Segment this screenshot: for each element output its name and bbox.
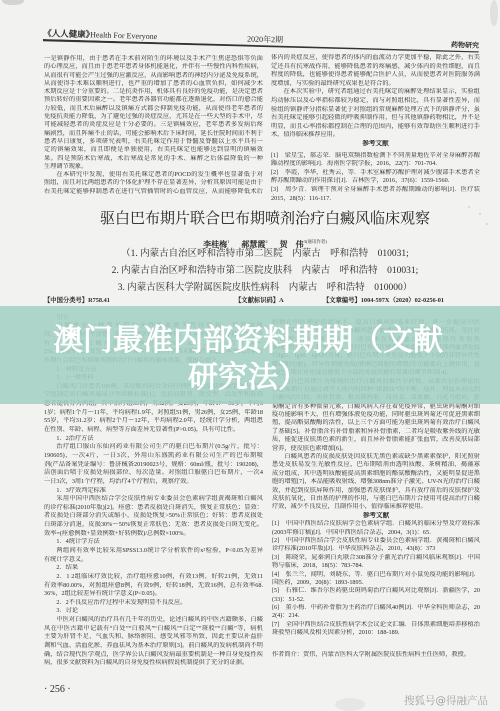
- text-line: 明显，而且心率指标都控制在合理的范围内，能够有效帮助医生顺利进行手: [271, 123, 480, 132]
- reference-line: 物与临床，2018，18(5)：783-784．: [272, 562, 480, 570]
- text-line: 剂(产品备案凭证编号：鲁济械备20190023号，规格：60ml/瓶，批号：19…: [44, 461, 263, 470]
- text-line: 果。四是预防术后寒战，术后寒战是常见的手术、麻醉之后体温降低的一种: [44, 155, 263, 163]
- text-line: 体内的炎症反应，使得患者的体内的血流动力学更加平稳，除此之外，右美托咪: [271, 54, 480, 63]
- text-line: 的诊疗标准(2010年版)[2]。痊愈：患者皮损处白斑消失，恢复正常肤色；显效：…: [44, 504, 263, 513]
- text-line: 照组，而且对比两组患者的个体化护理不存在显著差异，分析其原因可能是由于: [44, 179, 263, 187]
- text-line: 营养，使皮肤色素增加[6]。: [272, 445, 480, 453]
- section-name: 药物研究: [451, 41, 479, 51]
- banner-title-line-1: 澳门最准内部资料期期（文献: [0, 322, 496, 359]
- text-line: 190605)，一次4片，一日3次，外用山东盛凯药业有限公司生产的巴布期喷: [44, 452, 263, 461]
- reference-line: 诊疗标准(2010年版)[J]．中华皮肤科杂志，2010，43(8)：373: [272, 545, 480, 553]
- reference-line: 斑驳型白癜风及相关因素分析，2010：188-189．: [272, 629, 480, 637]
- text-line: 2．1 2组临床疗效比较，治疗组痊愈10例，有效13例，好转21例，无效11例，…: [44, 573, 263, 582]
- text-line: 度增加，与实验的最终研究成果也是符合的。: [271, 80, 480, 89]
- author-affiliation-mark: 2: [265, 239, 267, 244]
- text-line: 程度的降低，也能够使得患者能够配合医护人员，从而使患者对医院服务满意: [271, 71, 480, 80]
- references-heading: 参考文献: [272, 512, 480, 520]
- text-line: 成分组成，其中透明质酸能提高黑素细胞的酪氨酸酶活性，又能明显促进黑素细: [272, 470, 480, 478]
- text-line: 皮肤抗氧化，自由基的护理的作用，与驱白巴布期片合使用可提高治疗白癜风的: [272, 495, 480, 503]
- references-heading: 参考文献: [271, 140, 480, 149]
- text-line: 预后转好的重要因素之一。老年患者各器官功能都在逐渐退化，对伤口的愈合能: [44, 96, 263, 104]
- text-line: 质，能促进皮肤黑色素的新生，而且异补骨脂素能扩张血管，改善皮肤局部的: [272, 436, 480, 444]
- issue-number: 2020年2期: [247, 35, 283, 45]
- source-watermark: 搜狐号@得融产品: [404, 695, 488, 708]
- reference-line: (2003年修订稿)[J]．中国中西医结合杂志，2004，3(1)：65．: [272, 529, 480, 537]
- reference-line: [2] 李霞，李华，杜秀云，等．手术室麻醉苏醒护理对减少腹部手术患者全身麻: [271, 169, 480, 178]
- text-line: 右美托咪定能够引起轻微的呼吸抑制作用，但与其他镇静药物相比，并不是十分: [271, 114, 480, 123]
- overlay-title-banner: 澳门最准内部资料期期（文献 研究法）: [0, 306, 500, 404]
- text-line: 主要为肝肾不足、气血失和、脉络瘀阻、感受风邪等所致，因此主要以补益肝肾、: [44, 633, 263, 642]
- text-line: 白癜风患者的皮损皮肤处因皮肤无黑色素或缺少黑素素保护，阳光照射使: [272, 453, 480, 461]
- text-line: 36%，2组比较差异有统计学意义(P<0.05)。: [44, 590, 263, 599]
- text-line: 的心理反应，而且由于患老年患者身体机能退化，并伴有一些慢性内科性疾病，: [44, 63, 263, 71]
- text-line: 中医对白癜风的治疗具有几千年的历史，论述白癜风的中医古籍颇多，白癜: [44, 616, 263, 625]
- affiliation-line: 3. 内蒙古医科大学附属医院皮肤性病科 内蒙古 呼和浩特 010000）: [44, 282, 486, 294]
- section-heading: 1．3疗效判定标准: [44, 487, 263, 496]
- text-line: 者皮损处白斑部分消失或缩小，皮损处恢复>50%正常肤色；好转：患者皮损处: [44, 512, 263, 521]
- text-line: 胞的增殖[7]，本品能吸收射线、增强308nm准分子激光、UV-N光的治疗白癜风…: [272, 478, 480, 486]
- affiliation-line: （1. 内蒙古自治区呼和浩特市第二医院 内蒙古 呼和浩特 010031;: [44, 248, 486, 260]
- reference-list: [1] 梁星宝，郝志荣．脑电双频指数检测下不同剂量地佐辛对全身麻醉苏醒期 躁动程…: [271, 152, 480, 204]
- reference-line: [4] 张兰兰，闻明，刘晓东，等．驱白巴布期片对小鼠免疫功能的影响[J]．中: [272, 571, 480, 579]
- section-heading: 1．4统计学方法: [44, 538, 263, 547]
- text-line: 确，结合现代医学观点，医学界公认白癜风发病最重要机制是一种自身免疫性疾: [44, 651, 263, 660]
- text-line: 术期反应是十分重要的。二是抗炎作用，机体具有良好的免疫功能，是决定患者: [44, 88, 263, 96]
- author-affiliation-mark: 1: [227, 239, 229, 244]
- text-line: 效，并起到皮肤屏障作用，加强患者皮肤保护，具有放疗前后的皮肤保护及自由: [272, 487, 480, 495]
- text-line: 一日3次，3周1个疗程，均治疗4个疗程后，观察疗效。: [44, 478, 263, 487]
- text-line: 了基础[5]。补骨脂含有补骨脂素和异补骨脂素，二者均是吸收紫外线的光敏性物: [272, 428, 480, 436]
- reference-line: [2] 中国中西医结合学会皮肤性病专业委员会色素病学组．黄褐斑和白癜风: [272, 537, 480, 545]
- text-line: 疫功能影响不大，但有增强体液免疫功能，同时驱虫斑鸠菊还可促进黑素细胞增: [272, 411, 480, 419]
- text-line: 两组间有效率比较采用SPSS13.0统计学分析软件的x²检验，P<0.05为差异: [44, 547, 263, 556]
- text-line: 在本研究中发现，使用右美托咪定患者的POCD的发生概率也显著低于对: [44, 171, 263, 179]
- reference-line: 国医药，2009，20(8)：1893-1895．: [272, 579, 480, 587]
- text-line: 洁创面后喷于皮损处病损部位，每次适量。对照组口服驱白巴布期片，一次4片，: [44, 469, 263, 478]
- scan-artifact: [486, 223, 488, 225]
- section-heading: 2．结果: [44, 564, 263, 573]
- reference-line: [1] 梁星宝，郝志荣．脑电双频指数检测下不同剂量地佐辛对全身麻醉苏醒期: [271, 152, 480, 161]
- text-line: 一是镇静作用，由于患者在手术前对陌生的环境以及手术产生焦虑恐惧等负面: [44, 55, 263, 63]
- scan-artifact: [2, 0, 24, 5]
- text-line: 调和气血、活血化瘀、养血祛风为基本治疗原则[3]。前白癜风的发病机制尚不明: [44, 642, 263, 651]
- document-code: 【文献标识码】A: [235, 297, 284, 305]
- banner-title-line-2: 研究法）: [0, 359, 496, 396]
- reference-line: 醉苏醒期躁动的作用探讨[J]．吉林医学，2016，37(6)：1559-1560…: [271, 177, 480, 186]
- reference-line: [1] 中国中西医结合皮肤病学会色素病学组．白癜风的临床分型及疗效标准: [272, 520, 480, 528]
- scan-artifact: [335, 698, 365, 711]
- reference-line: [6] 董小梅．中药补骨脂为主药治疗白癜风40例[J]．中华全科医师杂志，200…: [272, 604, 480, 612]
- article-title: 驱白巴布期片联合巴布期喷剂治疗白癜风临床观察: [44, 208, 486, 228]
- text-line: 殖，提高酪氨酸酶的活性，以上三个方面可能为驱虫斑鸠菊有效治疗白癜风奠定: [272, 419, 480, 427]
- text-line: 术，值得临床推荐应用。: [271, 131, 480, 140]
- article-number: 【文章编号】1004-597X（2020）02-0256-01: [323, 297, 444, 305]
- reference-line: [7] 全国中西医结合皮肤性病学术会议论文汇编．自体黑素细胞培养移植治疗: [272, 621, 480, 629]
- affiliation-line: 2. 内蒙古自治区呼和浩特市第二医院皮肤科 内蒙古 呼和浩特 010031;: [44, 265, 486, 277]
- section-heading: 3．讨论: [44, 607, 263, 616]
- page-number: · 256 ·: [44, 684, 71, 696]
- text-line: 定还具有抗寒战作用，能够降低患者的疼痛感，减少体内的炎性细胞，而且疼痛: [271, 63, 480, 72]
- text-line: 55岁，平均31.2岁；病程2个月～12年，平均病程2.0年，经统计学分析，两组…: [44, 417, 263, 426]
- reference-line: (33)：51-52．: [272, 596, 480, 604]
- reference-line: [3] 陈晓荣，晁秦润白丸联合308准分子激光治疗白癜风临床观察[J]．中国药: [272, 554, 480, 562]
- text-line: 患者早日康复，多项研究表明，右美托咪定作用于脊髓及脊髓以上水平具有一: [44, 138, 263, 146]
- text-line: 生理调节现象。: [44, 163, 263, 171]
- text-line: 在性别、年龄、病程、病型等方面差异无显著性(P>0.05)，具有可比性。: [44, 426, 263, 435]
- upper-left-column: 一是镇静作用，由于患者在手术前对陌生的环境以及手术产生焦虑恐惧等负面 的心理反应…: [44, 55, 263, 196]
- clc-number: 【中国分类号】R758.41: [44, 297, 110, 305]
- text-line: 病，很多文献资料为白癜风的自身免疫性疾病假说机制提供了充分的证据。: [44, 659, 263, 668]
- text-line: 采用中国中西医结合学会皮肤性病专业委员会色素病学组黄褐斑和白癜风: [44, 495, 263, 504]
- reference-line: 2015，28(5)：116-117．: [271, 195, 480, 204]
- text-line: 1岁；病程1个月～11年，平均病程1.9年，对照组51例，男26例，女25例，年…: [44, 409, 263, 418]
- journal-name-en: Health For Everyone: [90, 30, 157, 41]
- text-line: 有效率80.00%，对照组痊愈8例，有效9例，好转18例，无效16例，总有效率6…: [44, 582, 263, 591]
- text-line: 在本次实验中，研究者组通过右美托咪定的麻醉处理结果显示，实验组的平: [271, 88, 480, 97]
- text-line: 有统计学意义。: [44, 556, 263, 565]
- section-heading: 1．2治疗方法: [44, 435, 263, 444]
- text-line: 定的镇痛效果，而且即便是单独使用，右美托咪定也能够达到显明的镇痛效: [44, 146, 263, 154]
- reference-line: [5] 石雅仁．维吾尔医药驱虫斑鸠菊治疗白癜风对比观察[J]．新疆医学，2003…: [272, 587, 480, 595]
- upper-right-column: 体内的炎症反应，使得患者的体内的血流动力学更加平稳，除此之外，右美托咪 定还具有…: [271, 54, 480, 203]
- text-line: 从而使得手术难以顺利进行，也严重的增加了患者的心血管负担，如何减少术: [44, 80, 263, 88]
- text-line: 疗效，减少不良反应，且副作用小，值得临床推荐使用。: [272, 503, 480, 511]
- text-line: 力较低，而且术后麻醉以及镇痛方式都会抑制免疫功能，从而使得老年患者的: [44, 105, 263, 113]
- scan-artifact: [490, 0, 498, 26]
- text-line: 患处皮肤易发生光敏性反应，巴布期喷剂由透明质酸、茶树精油、褐藻寡糖、抗菌: [272, 461, 480, 469]
- reference-line: [3] 周少青．镇理干预对全身麻醉手术患者苏醒期躁动的影响[J]．医疗装备，: [271, 186, 480, 195]
- reference-line: 2(4)：214．: [272, 612, 480, 620]
- author-affiliation-mark: 3(通讯作者): [304, 239, 327, 244]
- text-line: 风在中医古籍中记载有“白处”“白驳风”“白癜风”“白定”“斑驳”“白癜”等，病机: [44, 625, 263, 634]
- author-bio: 作者简介：贺伟，内蒙古医科大学附属医院皮肤性病科主任医师，教授。: [272, 651, 480, 659]
- text-line: 治疗组口服山东仙河药业有限公司生产的驱白巴布期片(0.5g/片，批号：: [44, 443, 263, 452]
- text-line: 效率=(痊愈例数+显效例数+好转例数)/总例数×100%。: [44, 530, 263, 539]
- text-line: 痛剧烈，而且阵痛不止的话，可能会影响术后下床时间，延长住院时间而不利于: [44, 130, 263, 138]
- text-line: 2．2不良反应治疗过程中未发现明显不良反应。: [44, 599, 263, 608]
- text-line: 从而很有可能会产生过强的应激反应，从而影响患者的神经内分泌及免疫系统，: [44, 72, 263, 80]
- text-line: 可能减轻患者的炎症反应是十分必要的。三是镇痛效应，老年患者多发病后疼: [44, 121, 263, 129]
- text-line: 验组的镇静评分指标显著优于对照组的常规麻醉处理方式下的镇静评分，虽然: [271, 106, 480, 115]
- journal-name-cn: 《人人健康》: [43, 29, 94, 39]
- text-line: 免疫抗炎能力降低，为了避免过强的炎症反应，尤其是在一些大型的手术中，尽: [44, 113, 263, 121]
- text-line: 均动脉压以及心率指标都较为稳定，而与对照组相比，具有显著性差异，而且实: [271, 97, 480, 106]
- text-line: 右美托咪定能够抑制患者在进行气管插管时的心血管反应，从而能够降低术后: [44, 188, 263, 196]
- reference-line: 躁动程度的影响[J]．海南医学院学报，2016，22(7)：701-704．: [271, 160, 480, 169]
- text-line: 白斑部分消退，皮损30%～50%恢复正常肤色；无效：患者皮损处白斑无变化。有: [44, 521, 263, 530]
